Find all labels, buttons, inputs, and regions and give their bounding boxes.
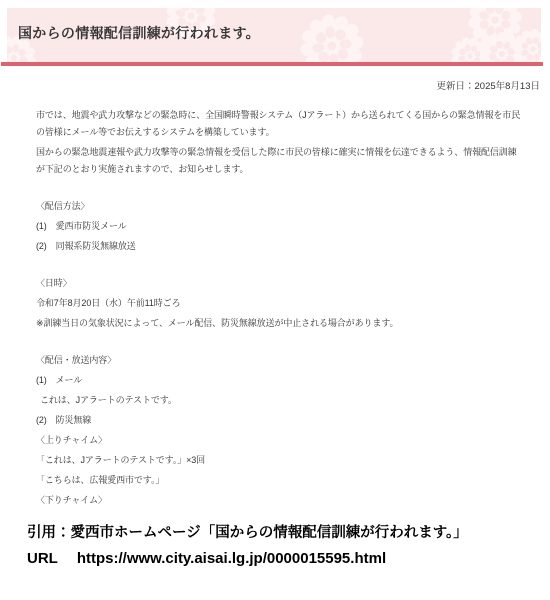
heading-datetime: 〈日時〉 bbox=[36, 275, 525, 292]
paragraph-intro-2: 国からの緊急地震速報や武力攻撃等の緊急情報を受信した際に市民の皆様に確実に情報を… bbox=[36, 144, 525, 178]
header-accent-divider bbox=[1, 62, 543, 66]
page-title: 国からの情報配信訓練が行われます。 bbox=[18, 23, 260, 43]
updated-date: 更新日：2025年8月13日 bbox=[0, 78, 550, 92]
lotus-root-icon bbox=[471, 23, 534, 62]
heading-chime-up: 〈上りチャイム〉 bbox=[36, 432, 525, 449]
citation-url-line: URLhttps://www.city.aisai.lg.jp/00000155… bbox=[27, 546, 523, 571]
citation-block: 引用：愛西市ホームページ「国からの情報配信訓練が行われます。」 URLhttps… bbox=[27, 521, 523, 571]
item-bousai-mail: (1) 愛西市防災メール bbox=[36, 218, 525, 235]
heading-chime-down: 〈下りチャイム〉 bbox=[36, 492, 525, 509]
text-datetime: 令和7年8月20日（水）午前11時ごろ bbox=[36, 295, 525, 312]
text-mail-test-message: これは、Jアラートのテストです。 bbox=[36, 392, 525, 409]
lotus-root-icon bbox=[295, 9, 370, 62]
lotus-root-icon bbox=[446, 32, 495, 62]
item-bousai-wireless: (2) 防災無線 bbox=[36, 412, 525, 429]
item-mail: (1) メール bbox=[36, 372, 525, 389]
citation-url: https://www.city.aisai.lg.jp/0000015595.… bbox=[77, 550, 386, 567]
citation-source: 引用：愛西市ホームページ「国からの情報配信訓練が行われます。」 bbox=[27, 521, 523, 546]
item-wireless-broadcast: (2) 同報系防災無線放送 bbox=[36, 238, 525, 255]
text-chime-message-2: 「こちらは、広報愛西市です。」 bbox=[36, 472, 525, 489]
paragraph-intro-1: 市では、地震や武力攻撃などの緊急時に、全国瞬時警報システム（Jアラート）から送ら… bbox=[36, 107, 525, 141]
text-chime-message-1: 「これは、Jアラートのテストです。」×3回 bbox=[36, 452, 525, 469]
lotus-root-icon bbox=[505, 21, 541, 62]
note-weather-cancellation: ※訓練当日の気象状況によって、メール配信、防災無線放送が中止される場合があります… bbox=[36, 315, 525, 332]
heading-delivery-method: 〈配信方法〉 bbox=[36, 198, 525, 215]
citation-url-label: URL bbox=[27, 550, 58, 567]
heading-broadcast-content: 〈配信・放送内容〉 bbox=[36, 352, 525, 369]
lotus-root-icon bbox=[459, 8, 532, 56]
page-header-banner: 国からの情報配信訓練が行われます。 bbox=[7, 8, 541, 62]
page: 国からの情報配信訓練が行われます。 更新日：2025年8月13日 市では、地震や… bbox=[0, 8, 550, 600]
article-body: 市では、地震や武力攻撃などの緊急時に、全国瞬時警報システム（Jアラート）から送ら… bbox=[0, 92, 550, 509]
